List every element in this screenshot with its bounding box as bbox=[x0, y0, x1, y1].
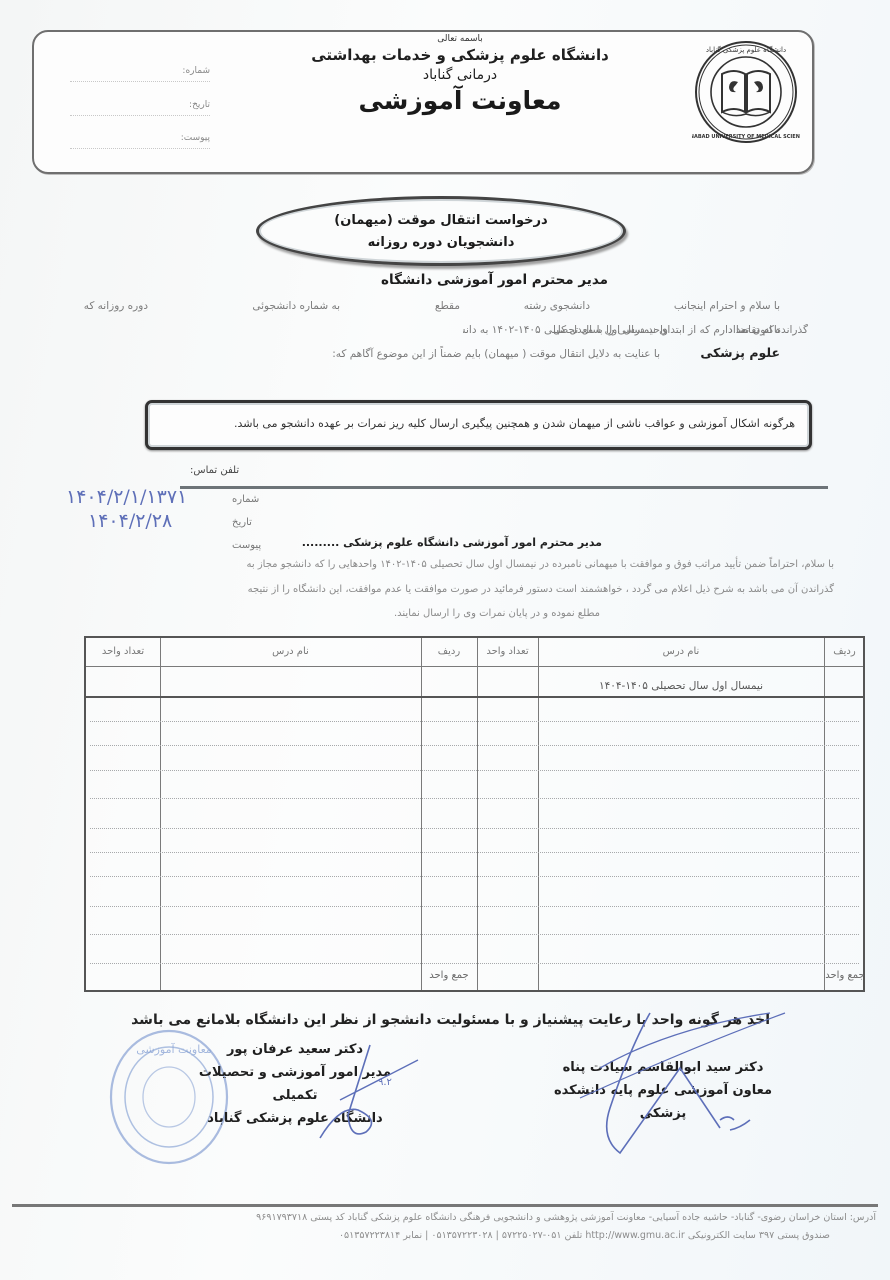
col-divider bbox=[477, 638, 478, 990]
university-city: درمانی گناباد bbox=[250, 67, 670, 83]
table-row[interactable] bbox=[90, 828, 859, 829]
form-title-oval: درخواست انتقال موقت (میهمان) دانشجویان د… bbox=[256, 196, 626, 266]
response-line2: گذراندن آن می باشد به شرح ذیل اعلام می گ… bbox=[248, 584, 834, 595]
request-line3-bold: علوم پزشکی bbox=[700, 345, 780, 360]
form-title: درخواست انتقال موقت (میهمان) bbox=[259, 210, 623, 232]
form-subtitle: دانشجویان دوره روزانه bbox=[259, 232, 623, 254]
department-name: معاونت آموزشی bbox=[250, 86, 670, 115]
header-divider bbox=[86, 666, 863, 667]
col-header-row-left: ردیف bbox=[421, 646, 477, 657]
course-table: تعداد واحد نام درس ردیف تعداد واحد نام د… bbox=[84, 636, 865, 992]
col-header-units-left: تعداد واحد bbox=[86, 646, 160, 657]
table-row[interactable] bbox=[90, 934, 859, 935]
request-line1-d: به شماره دانشجوئی bbox=[252, 300, 340, 312]
semester-row-divider bbox=[86, 696, 863, 698]
footer-divider bbox=[12, 1204, 878, 1207]
signature-scribble-left-icon: ۹.۲ bbox=[300, 1040, 420, 1150]
col-divider bbox=[421, 638, 422, 990]
footer-address: آدرس: استان خراسان رضوی- گناباد- حاشیه ج… bbox=[256, 1212, 876, 1223]
col-header-course-left: نام درس bbox=[160, 646, 421, 657]
ref-attachment-label: پیوست bbox=[232, 540, 261, 551]
col-divider bbox=[160, 638, 161, 990]
table-row[interactable] bbox=[90, 876, 859, 877]
response-line3: مطلع نموده و در پایان نمرات وی را ارسال … bbox=[394, 608, 600, 619]
table-row[interactable] bbox=[90, 721, 859, 722]
letter-attachment-field: پیوست: bbox=[70, 133, 210, 149]
section-divider bbox=[180, 486, 828, 489]
request-line1-c: مقطع bbox=[435, 300, 460, 312]
table-row[interactable] bbox=[90, 906, 859, 907]
ref-number-value: ۱۴۰۴/۲/۱/۱۳۷۱ bbox=[66, 486, 187, 508]
letter-attachment-label: پیوست: bbox=[181, 133, 210, 143]
table-row[interactable] bbox=[90, 745, 859, 746]
sum-units-label-left: جمع واحد bbox=[422, 970, 476, 981]
response-addressee: مدیر محترم امور آموزشی دانشگاه علوم پزشک… bbox=[302, 536, 602, 549]
letter-number-field: شماره: bbox=[70, 66, 210, 82]
sum-units-label-right: جمع واحد bbox=[824, 970, 866, 981]
table-row[interactable] bbox=[90, 798, 859, 799]
response-line1: با سلام، احتراماً ضمن تأیید مراتب فوق و … bbox=[247, 559, 834, 570]
notice-box: هرگونه اشکال آموزشی و عواقب ناشی از میهم… bbox=[145, 400, 812, 450]
semester-row-label: نیمسال اول سال تحصیلی ۱۴۰۵-۱۴۰۴ bbox=[538, 680, 824, 692]
col-header-row-right: ردیف bbox=[824, 646, 865, 657]
request-line2-c: گذرانده ام تقاضا دارم که از ابتدای نیمسا… bbox=[463, 324, 808, 336]
request-line1-b: دانشجوی رشته bbox=[524, 300, 590, 312]
letterhead-titles: باسمه تعالی دانشگاه علوم پزشکی و خدمات ب… bbox=[250, 34, 670, 115]
request-line1-a: با سلام و احترام اینجانب bbox=[674, 300, 780, 312]
request-line3-text: با عنایت به دلایل انتقال موقت ( میهمان) … bbox=[332, 348, 660, 360]
phone-label: تلفن تماس: bbox=[190, 465, 239, 476]
university-logo-icon: دانشگاه علوم پزشکی گناباد GONABAD UNIVER… bbox=[692, 38, 800, 146]
col-header-course-right: نام درس bbox=[538, 646, 824, 657]
footer-contact: صندوق پستی ۳۹۷ سایت الکترونیکی http://ww… bbox=[339, 1230, 830, 1241]
letter-date-field: تاریخ: bbox=[70, 100, 210, 116]
letter-number-label: شماره: bbox=[182, 66, 210, 76]
university-name: دانشگاه علوم پزشکی و خدمات بهداشتی bbox=[250, 46, 670, 64]
signature-scribble-right-icon bbox=[570, 1008, 800, 1163]
basmala: باسمه تعالی bbox=[250, 34, 670, 44]
ref-number-label: شماره bbox=[232, 494, 259, 505]
col-divider bbox=[824, 638, 825, 990]
svg-text:GONABAD UNIVERSITY OF MEDICAL: GONABAD UNIVERSITY OF MEDICAL SCIENCES bbox=[692, 134, 800, 140]
request-addressee: مدیر محترم امور آموزشی دانشگاه bbox=[381, 272, 608, 288]
ref-date-label: تاریخ bbox=[232, 517, 252, 528]
svg-text:۹.۲: ۹.۲ bbox=[378, 1077, 392, 1088]
table-row[interactable] bbox=[90, 770, 859, 771]
table-row[interactable] bbox=[90, 852, 859, 853]
request-line1-e: دوره روزانه که bbox=[84, 300, 148, 312]
letter-date-label: تاریخ: bbox=[189, 100, 210, 110]
col-header-units-right: تعداد واحد bbox=[477, 646, 538, 657]
svg-text:دانشگاه علوم پزشکی گناباد: دانشگاه علوم پزشکی گناباد bbox=[706, 45, 786, 54]
ref-date-value: ۱۴۰۴/۲/۲۸ bbox=[88, 510, 172, 532]
table-row[interactable] bbox=[90, 963, 859, 964]
